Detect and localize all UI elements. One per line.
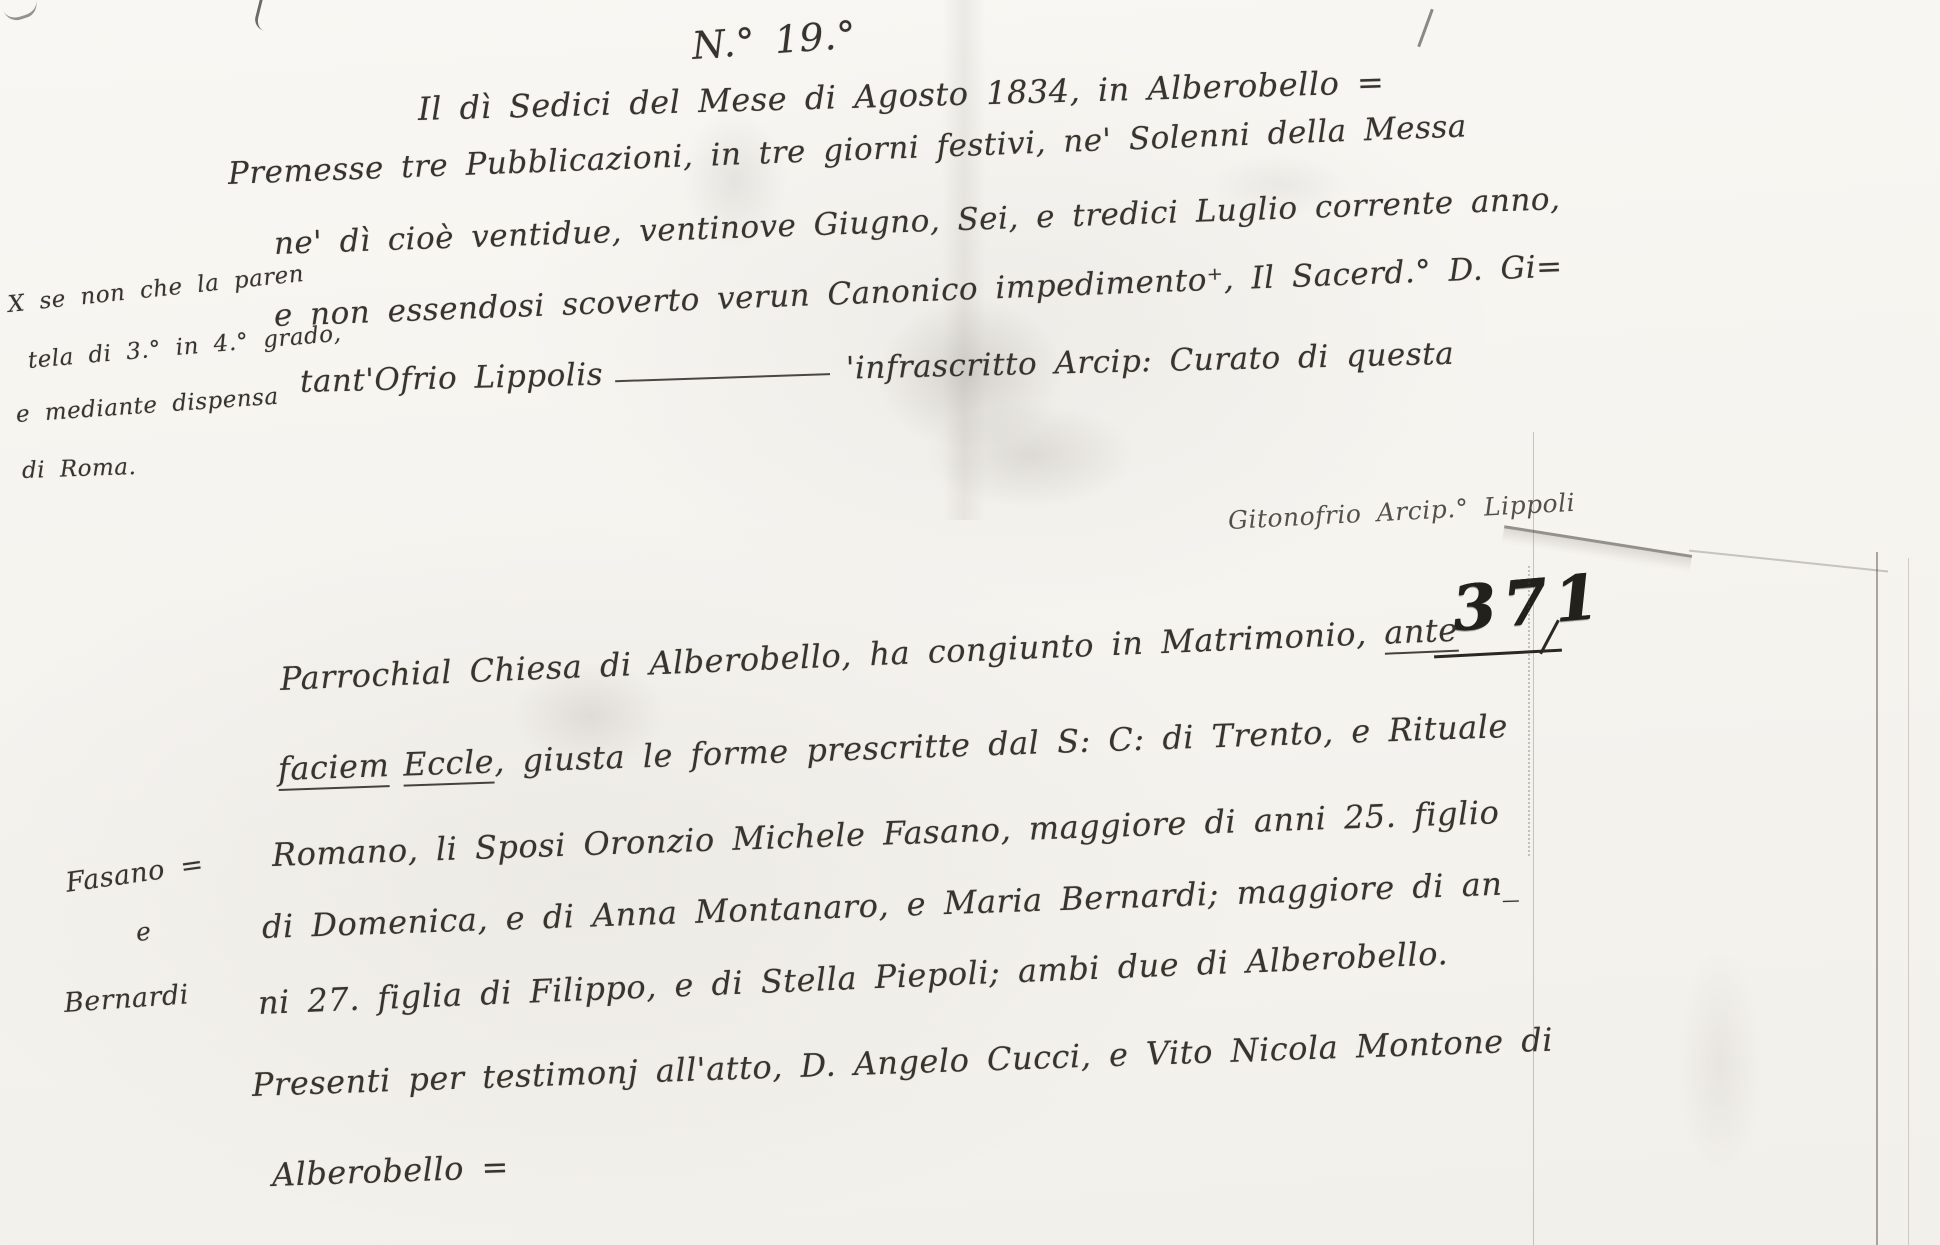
pen-mark (1417, 9, 1434, 48)
margin-note-line-4: di Roma. (22, 454, 137, 484)
opening-line-5: tant'Ofrio Lippolis'infrascritto Arcip: … (300, 336, 1455, 400)
paper-edge-line (1533, 432, 1534, 1245)
ink-dash-stroke (615, 356, 831, 382)
marriage-line-6: Presenti per testimonj all'atto, D. Ange… (251, 1021, 1553, 1104)
opening-line-5-rest: 'infrascritto Arcip: Curato di questa (846, 336, 1455, 387)
paper-edge-line (1908, 558, 1909, 1245)
marriage-line-2: faciemEccle, giusta le forme prescritte … (277, 707, 1508, 788)
underlined-eccle: Eccle (403, 742, 495, 786)
marriage-line-4: di Domenica, e di Anna Montanaro, e Mari… (261, 864, 1519, 946)
sheet-corner-edge (1688, 550, 1888, 583)
margin-spouse-surname-2: Bernardi (63, 979, 190, 1019)
ink-smudge (880, 380, 1180, 530)
opening-line-3: ne' dì cioè ventidue, ventinove Giugno, … (273, 181, 1561, 262)
marriage-line-5: ni 27. figlia di Filippo, e di Stella Pi… (257, 934, 1449, 1022)
underlined-ante: ante (1383, 611, 1458, 655)
marriage-line-3: Romano, li Sposi Oronzio Michele Fasano,… (271, 793, 1500, 874)
marriage-line-2-text: , giusta le forme prescritte dal S: C: d… (493, 707, 1508, 780)
opening-line-2: Premesse tre Pubblicazioni, in tre giorn… (227, 108, 1467, 192)
paper-shadow (1660, 900, 1780, 1230)
marriage-line-1: Parrochial Chiesa di Alberobello, ha con… (279, 611, 1458, 698)
paper-edge-line (1876, 552, 1878, 1245)
marriage-line-7: Alberobello = (271, 1148, 509, 1194)
page-number: 371 (1449, 559, 1608, 645)
record-number: N.° 19.° (690, 13, 857, 68)
scanned-marriage-record-1834: N.° 19.° Il dì Sedici del Mese di Agosto… (0, 0, 1940, 1245)
pen-mark (2, 0, 40, 24)
margin-note-line-2: tela di 3.° in 4.° grado, (27, 321, 343, 374)
pen-mark (253, 0, 273, 31)
underlined-faciem: faciem (277, 746, 390, 791)
priest-signature: Gitonofrio Arcip.° Lippoli (1227, 488, 1576, 535)
priest-name-text: tant'Ofrio Lippolis (300, 357, 604, 400)
margin-conjunction: e (134, 916, 152, 946)
margin-spouse-surname-1: Fasano = (64, 849, 206, 899)
marriage-line-1-text: Parrochial Chiesa di Alberobello, ha con… (279, 614, 1385, 698)
opening-line-4: e non essendosi scoverto verun Canonico … (273, 249, 1563, 334)
margin-note-line-1: X se non che la paren (7, 261, 306, 318)
margin-note-line-3: e mediante dispensa (15, 384, 279, 428)
